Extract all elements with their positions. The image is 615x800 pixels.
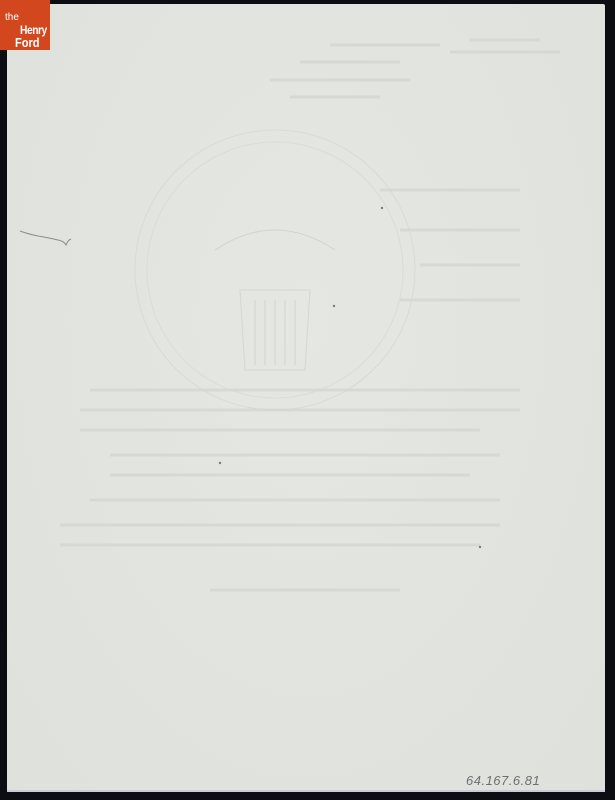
accession-number: 64.167.6.81 (466, 773, 540, 788)
logo-ford: Ford (15, 36, 40, 49)
logo-the: the (5, 13, 19, 23)
paper-edge (7, 790, 605, 792)
document-paper (7, 4, 605, 792)
henry-ford-logo: the Henry Ford (0, 0, 50, 50)
